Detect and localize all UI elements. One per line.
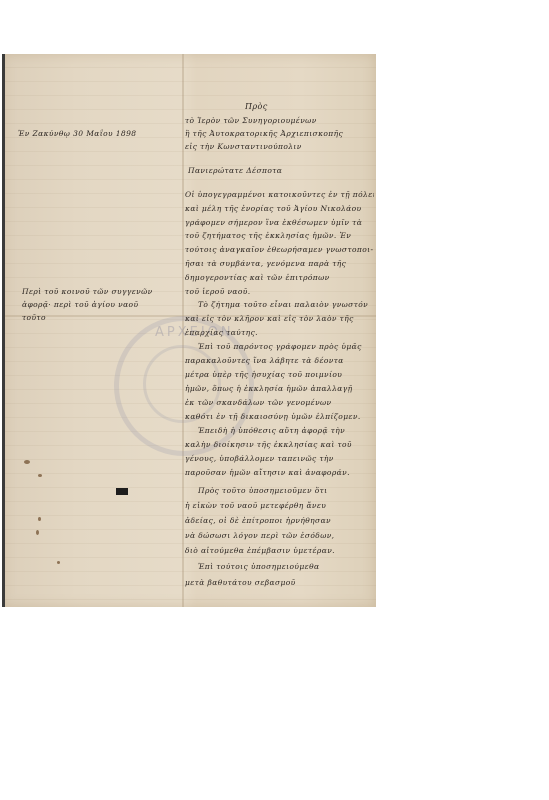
stain-spot [57,561,60,564]
address-greeting: Πανιερώτατε Δέσποτα [188,166,374,175]
body-line: ἀδείας, οἱ δὲ ἐπίτροποι ἠρνήθησαν [185,516,374,525]
body-line: μετὰ βαθυτάτου σεβασμοῦ [185,578,374,587]
body-line: γράφομεν σήμερον ἵνα ἐκθέσωμεν ὑμῖν τὰ [185,218,374,227]
body-line: ῆσαι τὰ συμβάντα, γενόμενα παρὰ τῆς [185,259,374,268]
recipient-line-1: τὸ Ἱερὸν τῶν Συνηγοριουμένων [185,116,373,125]
ink-blot [116,488,128,495]
body-line: τοῦ ἱεροῦ ναοῦ. [185,287,374,296]
body-line: τοῦ ζητήματος τῆς ἐκκλησίας ἡμῶν. Ἐν [185,231,374,240]
body-line: τούτοις ἀναγκαῖον ἐθεωρήσαμεν γνωστοποι- [185,245,374,254]
recipient-line-3: εἰς τὴν Κωνσταντινούπολιν [185,142,373,151]
body-line: γένους, ὑποβάλλομεν ταπεινῶς τὴν [185,454,374,463]
stain-spot [38,474,42,477]
body-line: Ἐπὶ τοῦ παρόντος γράφομεν πρὸς ὑμᾶς [198,342,374,351]
body-line: παροῦσαν ἡμῶν αἴτησιν καὶ ἀναφοράν. [185,468,374,477]
recipient-line-2: ἢ τῆς Ἀυτοκρατορικῆς Ἀρχιεπισκοπῆς [185,129,373,138]
body-line: Τὸ ζήτημα τοῦτο εἶναι παλαιὸν γνωστόν [198,300,374,309]
body-line: ἐκ τῶν σκανδάλων τῶν γενομένων [185,398,374,407]
body-line: διὸ αἰτούμεθα ἐπέμβασιν ὑμετέραν. [185,546,374,555]
stain-spot [38,517,41,521]
date-line: Ἐν Ζακύνθῳ 30 Μαΐου 1898 [18,129,183,138]
margin-note-line-2: ἀφορᾷ· περὶ τοῦ ἁγίου ναοῦ [22,300,182,309]
body-line: ἡμῶν, ὅπως ἡ ἐκκλησία ἡμῶν ἀπαλλαγῇ [185,384,374,393]
salutation-to: Πρὸς [245,102,268,111]
body-line: παρακαλοῦντες ἵνα λάβητε τὰ δέοντα [185,356,374,365]
body-line: Ἐπειδὴ ἡ ὑπόθεσις αὕτη ἀφορᾷ τὴν [198,426,374,435]
body-line: Πρὸς τοῦτο ὑποσημειοῦμεν ὅτι [198,486,374,495]
body-line: καὶ εἰς τὸν κλῆρον καὶ εἰς τὸν λαὸν τῆς [185,314,374,323]
body-line: Ἐπὶ τούτοις ὑποσημειούμεθα [198,562,374,571]
body-line: καθότι ἐν τῇ δικαιοσύνῃ ὑμῶν ἐλπίζομεν. [185,412,374,421]
margin-note-line-3: τοῦτο [22,313,62,322]
letter-page: ΑΡΧΕΙΟΝ Πρὸς τὸ Ἱερὸν τῶν Συνηγοριουμένω… [2,54,376,607]
stain-spot [36,530,39,535]
stain-spot [24,460,30,464]
body-line: Οἱ ὑπογεγραμμένοι κατοικοῦντες ἐν τῇ πόλ… [185,190,374,199]
body-line: ἐπαρχίας ταύτης. [185,328,374,337]
margin-note-line-1: Περὶ τοῦ κοινοῦ τῶν συγγενῶν [22,287,180,296]
body-line: ἡ εἰκὼν τοῦ ναοῦ μετεφέρθη ἄνευ [185,501,374,510]
torn-notch [232,645,272,661]
body-line: μέτρα ὑπὲρ τῆς ἡσυχίας τοῦ ποιμνίου [185,370,374,379]
body-line: νὰ δώσωσι λόγον περὶ τῶν ἐσόδων, [185,531,374,540]
body-line: καὶ μέλη τῆς ἐνορίας τοῦ Ἁγίου Νικολάου [185,204,374,213]
body-line: δημογεροντίας καὶ τῶν ἐπιτρόπων [185,273,374,282]
body-line: καλὴν διοίκησιν τῆς ἐκκλησίας καὶ τοῦ [185,440,374,449]
page-binding-edge [2,54,5,607]
